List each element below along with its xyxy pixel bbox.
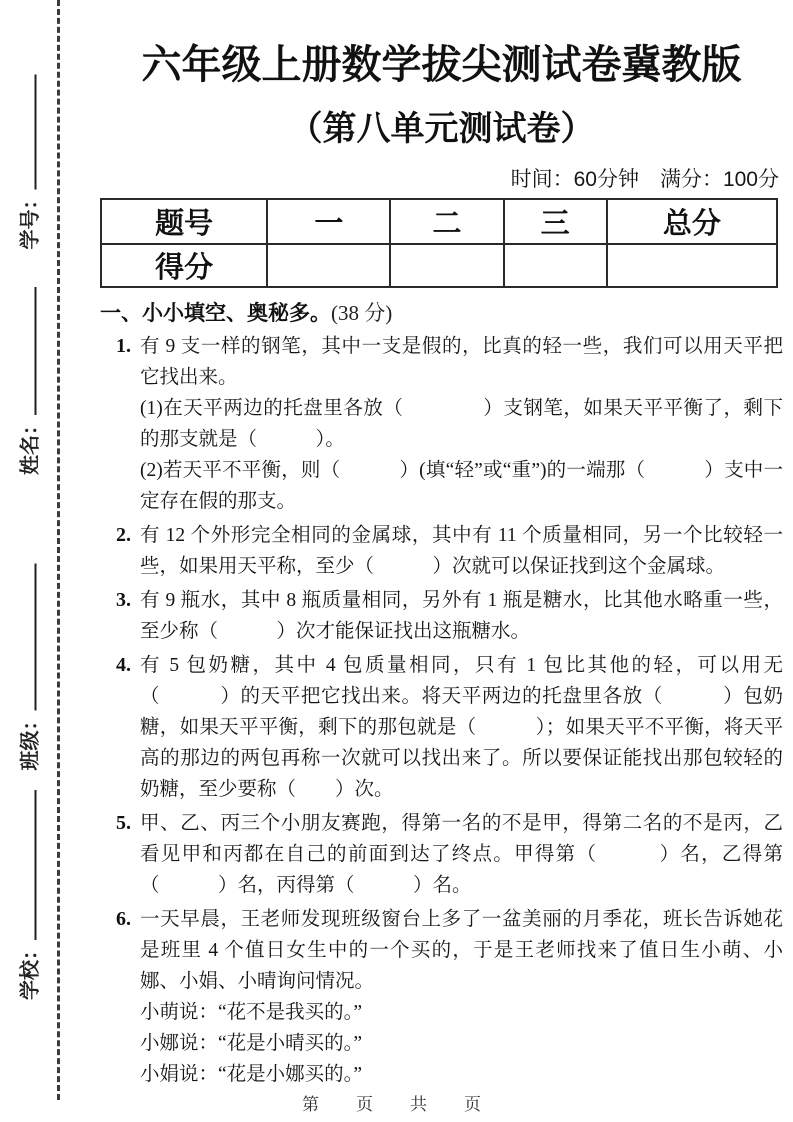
question-6-number: 6. (116, 904, 131, 935)
question-1-body: 有 9 支一样的钢笔，其中一支是假的，比真的轻一些，我们可以用天平把它找出来。(… (140, 331, 783, 517)
test-paper-page: 学号：姓名：班级：学校： 六年级上册数学拔尖测试卷冀教版 （第八单元测试卷） 时… (0, 0, 793, 1122)
question-list: 1.有 9 支一样的钢笔，其中一支是假的，比真的轻一些，我们可以用天平把它找出来… (100, 331, 783, 1090)
question-3-body: 有 9 瓶水，其中 8 瓶质量相同，另外有 1 瓶是糖水，比其他水略重一些，至少… (140, 585, 783, 647)
question-6: 6.一天早晨，王老师发现班级窗台上多了一盆美丽的月季花，班长告诉她花是班里 4 … (100, 904, 783, 1090)
question-6-paragraph-3: 小娜说：“花是小晴买的。” (140, 1028, 783, 1059)
question-5-body: 甲、乙、丙三个小朋友赛跑，得第一名的不是甲，得第二名的不是丙，乙看见甲和丙都在自… (140, 808, 783, 901)
question-3: 3.有 9 瓶水，其中 8 瓶质量相同，另外有 1 瓶是糖水，比其他水略重一些，… (100, 585, 783, 647)
score-table: 题号一二三总分 得分 (100, 198, 778, 288)
section-one-heading: 一、小小填空、奥秘多。(38 分) (100, 300, 783, 327)
question-2-paragraph-1: 有 12 个外形完全相同的金属球，其中有 11 个质量相同，另一个比较轻一些，如… (140, 520, 783, 582)
score-table-header-3: 三 (504, 199, 607, 244)
school-label: 学校： (20, 940, 42, 1000)
school-field: 学校： (14, 790, 43, 1000)
page-footer: 第 页 共 页 (0, 1090, 793, 1115)
question-2-body: 有 12 个外形完全相同的金属球，其中有 11 个质量相同，另一个比较轻一些，如… (140, 520, 783, 582)
time-and-score-info: 时间：60分钟 满分：100分 (100, 168, 779, 192)
question-4-number: 4. (116, 650, 131, 681)
student-name-label: 姓名： (20, 415, 42, 475)
score-row-label: 得分 (101, 244, 267, 287)
school-blank-line (16, 790, 37, 940)
score-cell-2 (504, 244, 607, 287)
student-id-label: 学号： (20, 190, 42, 250)
student-name-field: 姓名： (14, 287, 43, 475)
question-6-paragraph-1: 一天早晨，王老师发现班级窗台上多了一盆美丽的月季花，班长告诉她花是班里 4 个值… (140, 904, 783, 997)
margin-dashed-line (57, 0, 60, 1100)
student-id-field: 学号： (14, 75, 43, 250)
question-1: 1.有 9 支一样的钢笔，其中一支是假的，比真的轻一些，我们可以用天平把它找出来… (100, 331, 783, 517)
class-blank-line (16, 564, 37, 711)
question-3-number: 3. (116, 585, 131, 616)
question-4: 4.有 5 包奶糖，其中 4 包质量相同，只有 1 包比其他的轻，可以用无（ ）… (100, 650, 783, 805)
score-cell-0 (267, 244, 390, 287)
score-table-value-row: 得分 (101, 244, 777, 287)
student-id-blank-line (16, 75, 37, 190)
question-2-number: 2. (116, 520, 131, 551)
section-one-title: 一、小小填空、奥秘多。 (100, 302, 331, 325)
score-table-header-2: 二 (390, 199, 503, 244)
question-1-paragraph-1: 有 9 支一样的钢笔，其中一支是假的，比真的轻一些，我们可以用天平把它找出来。 (140, 331, 783, 393)
question-5-paragraph-1: 甲、乙、丙三个小朋友赛跑，得第一名的不是甲，得第二名的不是丙，乙看见甲和丙都在自… (140, 808, 783, 901)
question-1-number: 1. (116, 331, 131, 362)
question-4-body: 有 5 包奶糖，其中 4 包质量相同，只有 1 包比其他的轻，可以用无（ ）的天… (140, 650, 783, 805)
student-name-blank-line (16, 287, 37, 415)
question-3-paragraph-1: 有 9 瓶水，其中 8 瓶质量相同，另外有 1 瓶是糖水，比其他水略重一些，至少… (140, 585, 783, 647)
score-table-header-row: 题号一二三总分 (101, 199, 777, 244)
question-6-paragraph-4: 小娟说：“花是小娜买的。” (140, 1059, 783, 1090)
class-label: 班级： (20, 711, 42, 771)
paper-title: 六年级上册数学拔尖测试卷冀教版 (100, 40, 783, 90)
question-6-paragraph-2: 小萌说：“花不是我买的。” (140, 997, 783, 1028)
score-cell-3 (607, 244, 777, 287)
score-table-header-4: 总分 (607, 199, 777, 244)
question-2: 2.有 12 个外形完全相同的金属球，其中有 11 个质量相同，另一个比较轻一些… (100, 520, 783, 582)
score-table-header-1: 一 (267, 199, 390, 244)
question-4-paragraph-1: 有 5 包奶糖，其中 4 包质量相同，只有 1 包比其他的轻，可以用无（ ）的天… (140, 650, 783, 805)
section-one-points: (38 分) (331, 301, 392, 325)
question-1-paragraph-2: (1)在天平两边的托盘里各放（ ）支钢笔，如果天平平衡了，剩下的那支就是（ ）。 (140, 393, 783, 455)
question-6-body: 一天早晨，王老师发现班级窗台上多了一盆美丽的月季花，班长告诉她花是班里 4 个值… (140, 904, 783, 1090)
score-table-header-0: 题号 (101, 199, 267, 244)
score-cell-1 (390, 244, 503, 287)
paper-main-column: 六年级上册数学拔尖测试卷冀教版 （第八单元测试卷） 时间：60分钟 满分：100… (100, 0, 783, 1090)
question-1-paragraph-3: (2)若天平不平衡，则（ ）(填“轻”或“重”)的一端那（ ）支中一定存在假的那… (140, 455, 783, 517)
question-5-number: 5. (116, 808, 131, 839)
class-field: 班级： (14, 564, 43, 771)
question-5: 5.甲、乙、丙三个小朋友赛跑，得第一名的不是甲，得第二名的不是丙，乙看见甲和丙都… (100, 808, 783, 901)
paper-subtitle: （第八单元测试卷） (100, 108, 783, 150)
